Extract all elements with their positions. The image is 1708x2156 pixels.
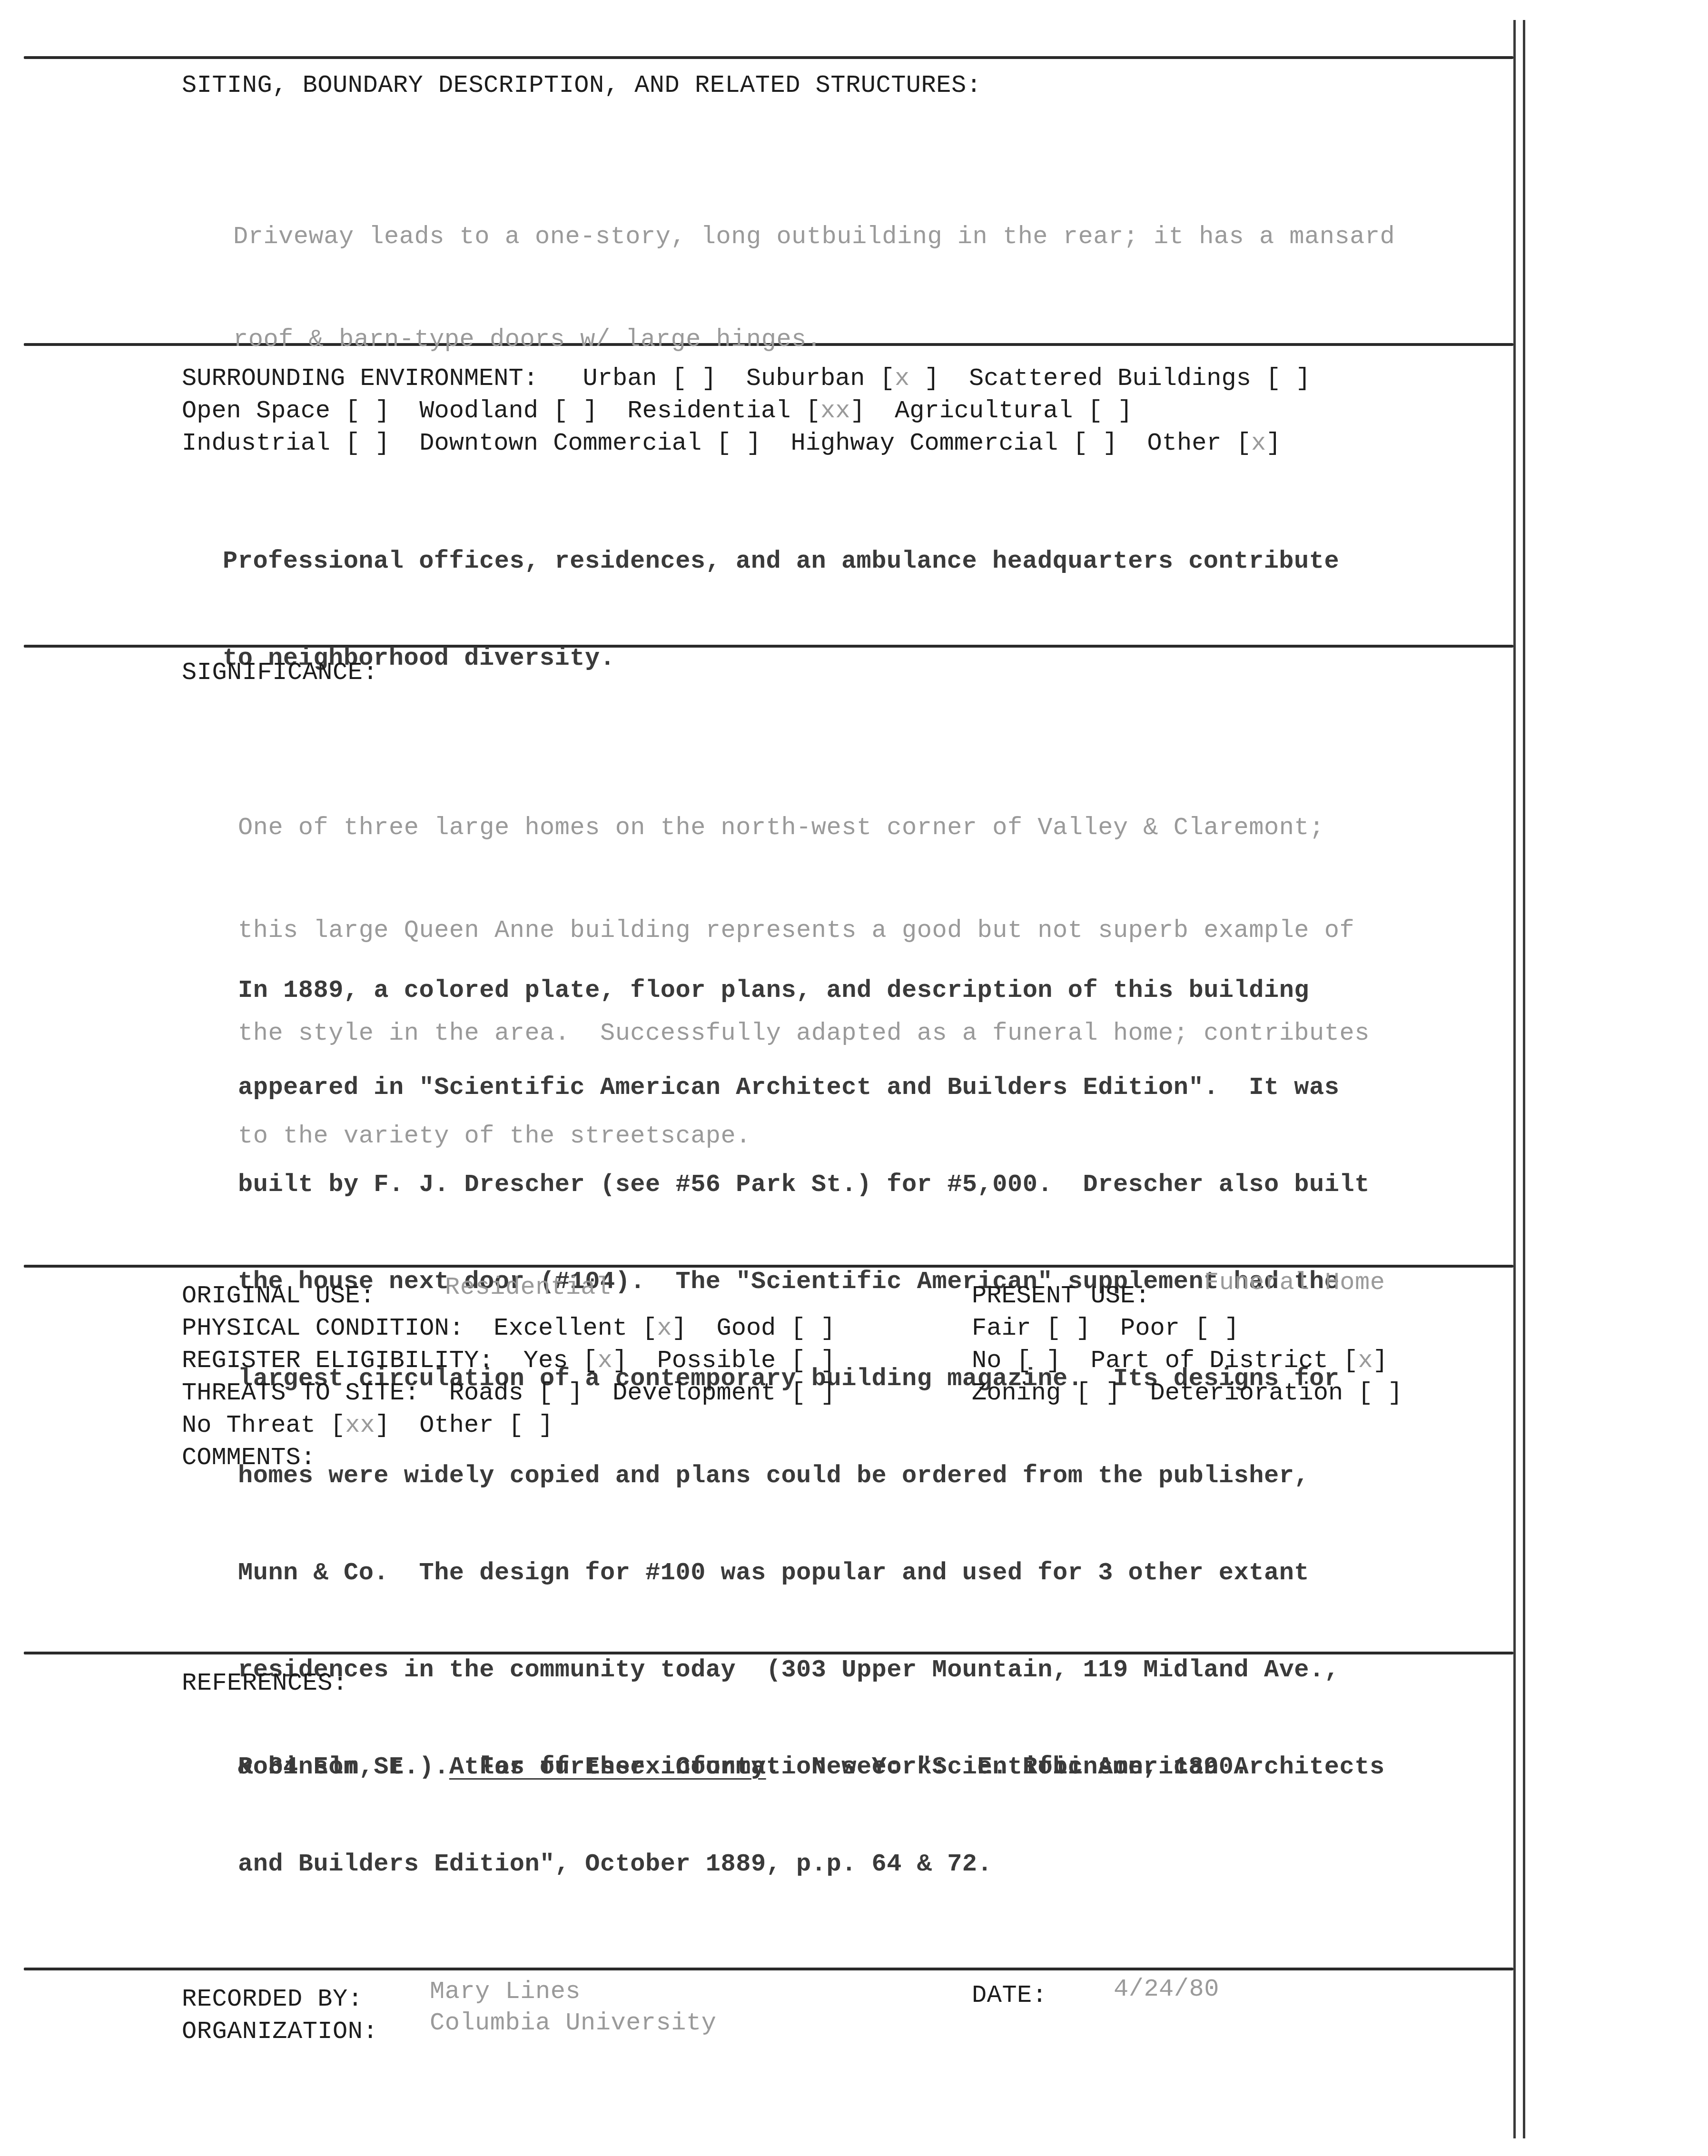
text-line: One of three large homes on the north-we… [238, 811, 1370, 845]
threats-row-left: THREATS TO SITE: Roads [ ] Development [… [182, 1377, 835, 1409]
environment-row-2: Open Space [ ] Woodland [ ] Residential … [182, 395, 1132, 427]
condition-row-left: PHYSICAL CONDITION: Excellent [x] Good [… [182, 1312, 835, 1345]
checkbox-label: Other [419, 1411, 494, 1439]
checkbox-mark [360, 429, 375, 457]
text-line: and Builders Edition", October 1889, p.p… [238, 1848, 1385, 1880]
significance-heading: SIGNIFICANCE: [182, 657, 378, 689]
reference-publisher: . New York: E. Robinson, 1890. [766, 1753, 1249, 1781]
checkbox-label: Zoning [972, 1379, 1061, 1407]
threats-row-right: Zoning [ ] Deterioration [ ] [972, 1377, 1402, 1409]
checkbox-label: Poor [1120, 1314, 1180, 1342]
checkbox-possible[interactable]: Possible [ ] [657, 1347, 836, 1375]
text-line: Driveway leads to a one-story, long outb… [233, 220, 1395, 254]
checkbox-label: Urban [583, 364, 657, 393]
checkbox-mark [1209, 1314, 1224, 1342]
text-line: residences in the community today (303 U… [238, 1654, 1385, 1686]
checkbox-fair[interactable]: Fair [ ] [972, 1314, 1091, 1342]
checkbox-mark [1031, 1347, 1046, 1375]
checkbox-zoning[interactable]: Zoning [ ] [972, 1379, 1120, 1407]
checkbox-part-of-district[interactable]: Part of District [x] [1091, 1347, 1388, 1375]
checkbox-no[interactable]: No [ ] [972, 1347, 1061, 1375]
checkbox-label: Good [716, 1314, 776, 1342]
present-use-label: PRESENT USE: [972, 1282, 1150, 1310]
checkbox-label: Suburban [746, 364, 865, 393]
checkbox-label: No Threat [182, 1411, 316, 1439]
divider-top [24, 56, 1513, 59]
checkbox-mark: x [1251, 429, 1266, 457]
checkbox-label: Part of District [1091, 1347, 1328, 1375]
recorded-by-value[interactable]: Mary Lines [430, 1975, 581, 2009]
checkbox-yes[interactable]: Yes [x] [523, 1347, 627, 1375]
present-use-value[interactable]: Funeral Home [1204, 1266, 1385, 1300]
checkbox-label: Possible [657, 1347, 776, 1375]
checkbox-no-threat[interactable]: No Threat [xx] [182, 1411, 390, 1439]
checkbox-threat-other[interactable]: Other [ ] [419, 1411, 553, 1439]
checkbox-mark [1088, 429, 1103, 457]
checkbox-residential[interactable]: Residential [xx] [627, 397, 865, 425]
text-line: built by F. J. Drescher (see #56 Park St… [238, 1169, 1385, 1201]
right-border-outer [1523, 20, 1525, 2138]
comments-label: COMMENTS: [182, 1444, 316, 1472]
organization-label: ORGANIZATION: [182, 2016, 378, 2048]
condition-row-right: Fair [ ] Poor [ ] [972, 1312, 1239, 1345]
checkbox-mark [1061, 1314, 1076, 1342]
checkbox-label: Residential [627, 397, 790, 425]
checkbox-label: Excellent [494, 1314, 627, 1342]
text-line: In 1889, a colored plate, floor plans, a… [238, 975, 1385, 1007]
checkbox-mark: x [598, 1347, 612, 1375]
reference-entry[interactable]: Robinson, E. Atlas of Essex County. New … [238, 1751, 1249, 1783]
checkbox-mark [687, 364, 701, 393]
checkbox-industrial[interactable]: Industrial [ ] [182, 429, 390, 457]
checkbox-poor[interactable]: Poor [ ] [1120, 1314, 1239, 1342]
checkbox-mark [523, 1411, 538, 1439]
eligibility-row-left: REGISTER ELIGIBILITY: Yes [x] Possible [… [182, 1345, 835, 1377]
threats-row-2: No Threat [xx] Other [ ] [182, 1409, 553, 1442]
checkbox-label: Deterioration [1150, 1379, 1343, 1407]
checkbox-development[interactable]: Development [ ] [612, 1379, 835, 1407]
text-line: roof & barn-type doors w/ large hinges. [233, 323, 1395, 357]
original-use-value[interactable]: Residential [445, 1270, 611, 1305]
checkbox-label: Yes [523, 1347, 568, 1375]
reference-author: Robinson, E. [238, 1753, 419, 1781]
divider-recorder [24, 1968, 1513, 1970]
checkbox-urban[interactable]: Urban [ ] [583, 364, 717, 393]
checkbox-agricultural[interactable]: Agricultural [ ] [895, 397, 1132, 425]
text-line: to neighborhood diversity. [223, 642, 1339, 675]
checkbox-suburban[interactable]: Suburban [x ] [746, 364, 939, 393]
checkbox-mark [553, 1379, 568, 1407]
environment-heading: SURROUNDING ENVIRONMENT: [182, 364, 538, 393]
environment-description[interactable]: Professional offices, residences, and an… [223, 481, 1339, 739]
original-use-row: ORIGINAL USE: [182, 1280, 375, 1312]
right-border-inner [1513, 20, 1516, 2138]
reference-title: Atlas of Essex County [449, 1753, 766, 1781]
comments-row: COMMENTS: [182, 1442, 316, 1474]
references-heading: REFERENCES: [182, 1667, 348, 1700]
checkbox-label: No [972, 1347, 1001, 1375]
eligibility-row-right: No [ ] Part of District [x] [972, 1345, 1388, 1377]
checkbox-highway-commercial[interactable]: Highway Commercial [ ] [791, 429, 1118, 457]
checkbox-mark: xx [345, 1411, 375, 1439]
original-use-label: ORIGINAL USE: [182, 1282, 375, 1310]
checkbox-other[interactable]: Other [x] [1147, 429, 1281, 457]
text-line: appeared in "Scientific American Archite… [238, 1072, 1385, 1104]
checkbox-label: Woodland [419, 397, 538, 425]
checkbox-label: Highway Commercial [791, 429, 1058, 457]
checkbox-label: Fair [972, 1314, 1031, 1342]
eligibility-label: REGISTER ELIGIBILITY: [182, 1347, 494, 1375]
present-use-row: PRESENT USE: [972, 1280, 1150, 1312]
checkbox-scattered-buildings[interactable]: Scattered Buildings [ ] [969, 364, 1311, 393]
checkbox-mark [806, 1379, 820, 1407]
checkbox-label: Development [612, 1379, 776, 1407]
checkbox-label: Agricultural [895, 397, 1073, 425]
checkbox-mark: x [1358, 1347, 1372, 1375]
checkbox-mark [731, 429, 746, 457]
checkbox-label: Open Space [182, 397, 330, 425]
date-value[interactable]: 4/24/80 [1114, 1972, 1219, 2007]
checkbox-downtown-commercial[interactable]: Downtown Commercial [ ] [419, 429, 761, 457]
checkbox-open-space[interactable]: Open Space [ ] [182, 397, 390, 425]
checkbox-label: Roads [449, 1379, 523, 1407]
checkbox-mark: xx [820, 397, 850, 425]
checkbox-deterioration[interactable]: Deterioration [ ] [1150, 1379, 1403, 1407]
checkbox-mark [806, 1314, 820, 1342]
date-label: DATE: [972, 1979, 1047, 2012]
checkbox-mark [568, 397, 582, 425]
checkbox-mark [806, 1347, 820, 1375]
environment-row-3: Industrial [ ] Downtown Commercial [ ] H… [182, 427, 1281, 460]
checkbox-excellent[interactable]: Excellent [x] [494, 1314, 687, 1342]
checkbox-roads[interactable]: Roads [ ] [449, 1379, 583, 1407]
comments-field[interactable] [182, 1475, 1491, 1627]
checkbox-mark [1373, 1379, 1388, 1407]
checkbox-mark [360, 397, 375, 425]
environment-row-1: SURROUNDING ENVIRONMENT: Urban [ ] Subur… [182, 363, 1311, 395]
checkbox-mark [1103, 397, 1117, 425]
checkbox-label: Scattered Buildings [969, 364, 1251, 393]
checkbox-label: Other [1147, 429, 1222, 457]
checkbox-label: Downtown Commercial [419, 429, 701, 457]
checkbox-label: Industrial [182, 429, 330, 457]
checkbox-mark [1091, 1379, 1106, 1407]
text-line: Professional offices, residences, and an… [223, 545, 1339, 578]
checkbox-woodland[interactable]: Woodland [ ] [419, 397, 598, 425]
checkbox-mark: x [895, 364, 924, 393]
checkbox-good[interactable]: Good [ ] [716, 1314, 835, 1342]
organization-value[interactable]: Columbia University [430, 2006, 716, 2040]
checkbox-mark [1281, 364, 1295, 393]
threats-label: THREATS TO SITE: [182, 1379, 419, 1407]
condition-label: PHYSICAL CONDITION: [182, 1314, 464, 1342]
siting-heading: SITING, BOUNDARY DESCRIPTION, AND RELATE… [182, 69, 981, 102]
recorded-by-label: RECORDED BY: [182, 1983, 363, 2016]
checkbox-mark: x [657, 1314, 672, 1342]
